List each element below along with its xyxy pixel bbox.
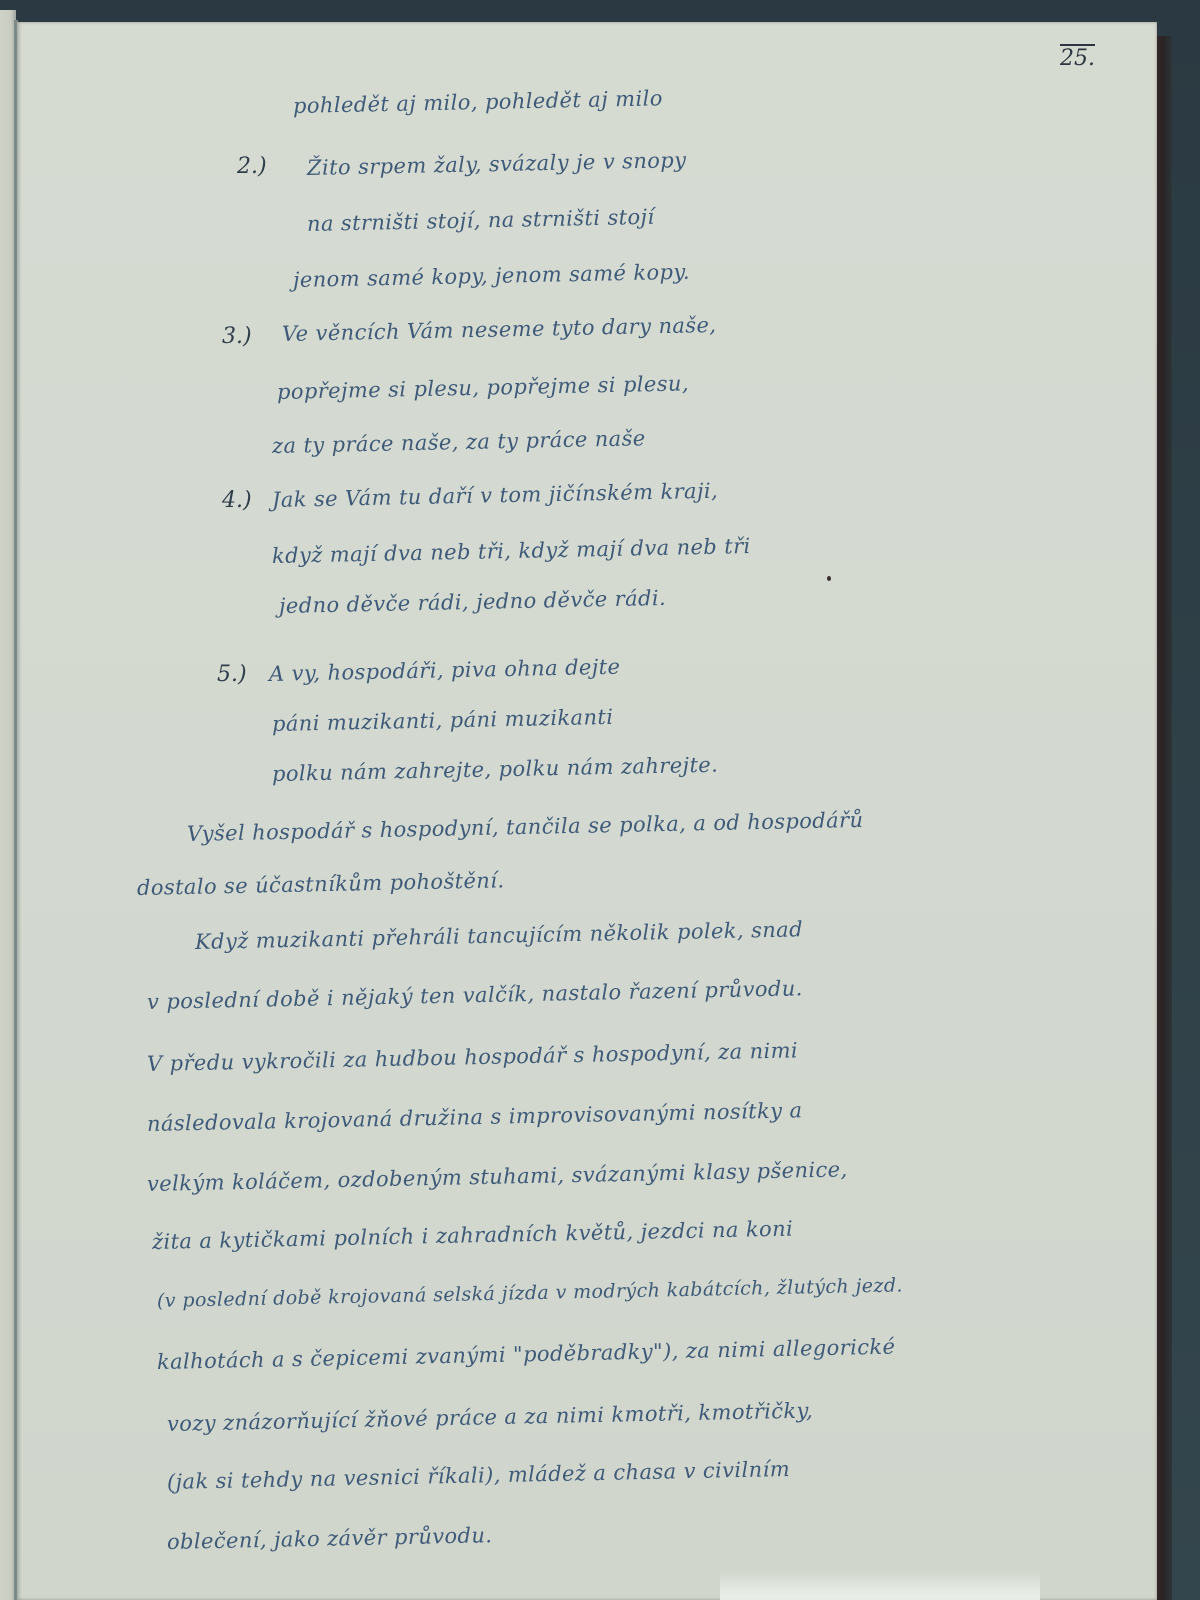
- verse-4-line-3: jedno děvče rádi, jedno děvče rádi.: [279, 586, 667, 618]
- prose-p2-line-9: vozy znázorňující žňové práce a za nimi …: [167, 1398, 814, 1436]
- prose-p2-line-1: Když muzikanti přehráli tancujícím někol…: [195, 917, 803, 954]
- verse-5-line-3: polku nám zahrejte, polku nám zahrejte.: [272, 753, 719, 786]
- ink-speck: [827, 576, 831, 581]
- verse-3-line-1: Ve věncích Vám neseme tyto dary naše,: [282, 313, 717, 346]
- prose-p2-line-5: velkým koláčem, ozdobeným stuhami, sváza…: [147, 1157, 848, 1196]
- verse-number-3: 3.): [222, 324, 252, 349]
- prose-p2-line-7: (v poslední době krojovaná selská jízda …: [157, 1274, 903, 1312]
- prose-p2-line-11: oblečení, jako závěr průvodu.: [167, 1523, 493, 1554]
- prose-p2-line-6: žita a kytičkami polních i zahradních kv…: [152, 1217, 794, 1254]
- prose-p2-line-8: kalhotách a s čepicemi zvanými "poděbrad…: [157, 1335, 896, 1374]
- verse-3-line-2: popřejme si plesu, popřejme si plesu,: [277, 371, 689, 404]
- verse-3-line-3: za ty práce naše, za ty práce naše: [272, 426, 646, 458]
- verse-number-4: 4.): [222, 488, 252, 513]
- manuscript-page: 25. pohledět aj milo, pohledět aj milo 2…: [17, 22, 1157, 1600]
- light-glare: [720, 1570, 1040, 1600]
- verse-number-5: 5.): [217, 662, 247, 687]
- verse-5-line-2: páni muzikanti, páni muzikanti: [272, 705, 614, 736]
- verse-number-2: 2.): [237, 154, 267, 179]
- verse-5-line-1: A vy, hospodáři, piva ohna dejte: [269, 655, 621, 686]
- prose-p2-line-2: v poslední době i nějaký ten valčík, nas…: [147, 976, 803, 1014]
- prose-p1-line-1: Vyšel hospodář s hospodyní, tančila se p…: [187, 808, 864, 846]
- verse-1-tail-line: pohledět aj milo, pohledět aj milo: [293, 86, 663, 118]
- page-number: 25.: [1060, 46, 1095, 71]
- prose-p2-line-3: V předu vykročili za hudbou hospodář s h…: [147, 1038, 799, 1076]
- verse-4-line-2: když mají dva neb tři, když mají dva neb…: [272, 534, 751, 568]
- prose-p1-line-2: dostalo se účastníkům pohoštění.: [137, 868, 505, 900]
- prose-p2-line-10: (jak si tehdy na vesnici říkali), mládež…: [167, 1457, 790, 1494]
- verse-2-line-3: jenom samé kopy, jenom samé kopy.: [293, 260, 690, 292]
- verse-2-line-1: Žito srpem žaly, svázaly je v snopy: [307, 148, 687, 180]
- verse-4-line-1: Jak se Vám tu daří v tom jičínském kraji…: [272, 479, 719, 512]
- verse-2-line-2: na strništi stojí, na strništi stojí: [307, 205, 655, 236]
- prose-p2-line-4: následovala krojovaná družina s improvis…: [147, 1098, 803, 1136]
